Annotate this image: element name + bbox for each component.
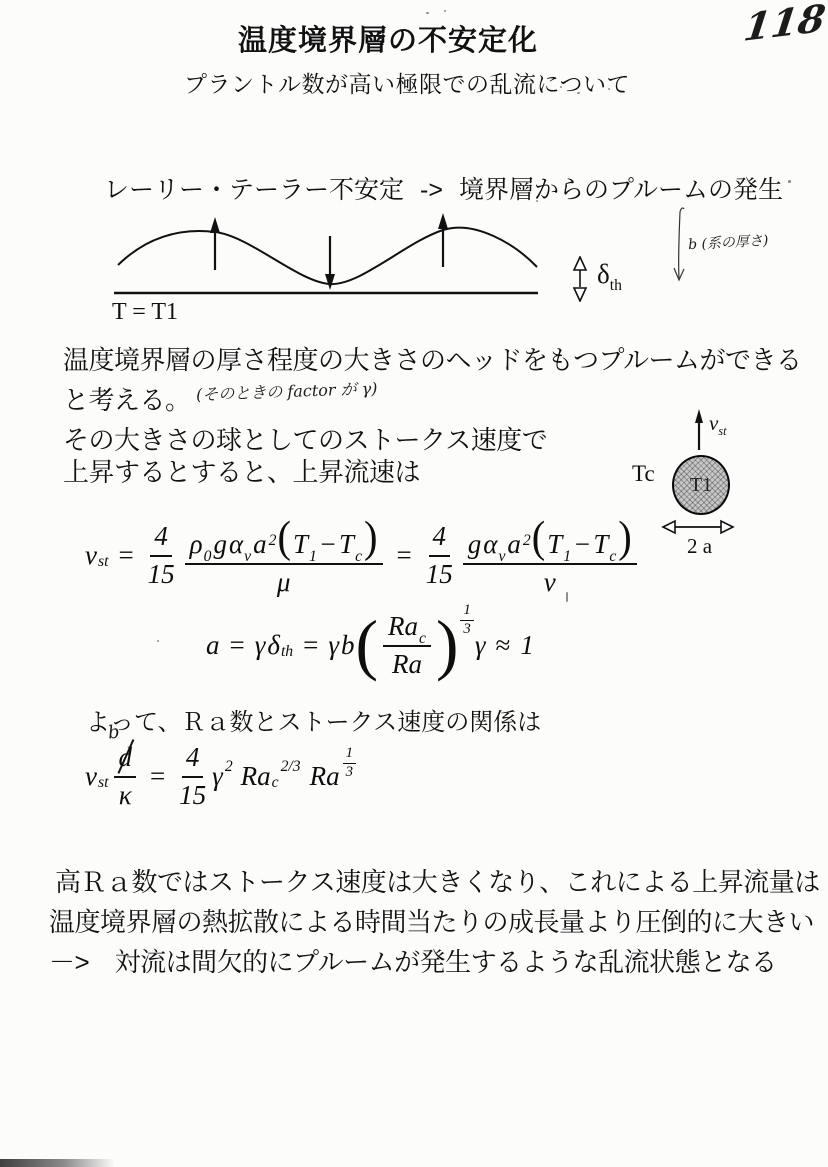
instability-left-text: レーリー・テーラー不安定 — [104, 176, 404, 204]
handwritten-depth-note: b (系の厚さ) — [688, 230, 769, 254]
stokes-velocity-arrow-icon — [691, 408, 707, 450]
body-line-4: 上昇するとすると、上昇流速は — [63, 452, 420, 489]
eq3-coefficient: 4 15 — [179, 742, 206, 811]
rayleigh-ratio-fraction: Rac Ra — [383, 611, 431, 680]
one-third-exponent: 1 3 — [460, 602, 473, 638]
handwritten-factor-note: (そのときの factor が γ) — [196, 376, 378, 405]
conclusion-line-3: －> 対流は間欠的にプルームが発生するような乱流状態となる — [49, 942, 820, 982]
page-number: 118 — [741, 0, 828, 50]
stokes-velocity-label: vst — [709, 411, 727, 436]
delta-subscript: th — [610, 277, 622, 294]
baseline-temperature-label: T = T1 — [112, 299, 178, 326]
wave-diagram-svg — [98, 212, 548, 306]
plume-up-arrow-icon — [210, 217, 220, 270]
conclusion-paragraph: 高Ｒａ数ではストークス速度は大きくなり、これによる上昇流量は 温度境界層の熱拡散… — [49, 862, 820, 982]
page-title: 温度境界層の不安定化 — [238, 18, 538, 59]
delta-symbol: δ — [597, 259, 610, 289]
diameter-label: 2 a — [687, 534, 712, 559]
velocity-var: v — [709, 411, 718, 435]
conclusion-line-2: 温度境界層の熱拡散による時間当たりの成長量より圧倒的に大きい — [49, 902, 820, 942]
ra-stokes-relation-equation: vst b d κ = 4 15 γ2 Rac2/3 Ra 1 3 — [84, 736, 356, 816]
eq1-lhs-sub: st — [98, 553, 108, 571]
eq1-coefficient-2: 4 15 — [426, 521, 453, 590]
velocity-subscript: st — [718, 424, 726, 438]
sphere-temperature-label: T1 — [690, 474, 712, 497]
wave-diagram — [98, 212, 548, 306]
eq1-fraction-1: ρ0 g αν a2 ( T1 − Tc ) μ — [185, 513, 383, 598]
plume-sphere: T1 — [672, 455, 730, 515]
eq1-coefficient: 4 15 — [148, 521, 175, 590]
relation-heading: よって、Ｒａ数とストークス速度の関係は — [86, 702, 541, 737]
plume-down-arrow-icon — [325, 236, 335, 290]
scanned-page: 118 温度境界層の不安定化 プラントル数が高い極限での乱流について レーリー・… — [0, 0, 828, 1167]
arrow-text: -> — [420, 176, 443, 204]
eq1-fraction-2: g αν a2 ( T1 − Tc ) ν — [463, 513, 637, 598]
body-line-2: と考える。 — [63, 380, 191, 417]
handwritten-depth-arrow-icon — [671, 206, 689, 290]
d-over-kappa-fraction: b d κ — [114, 742, 136, 811]
diameter-arrow-icon — [661, 519, 735, 535]
conclusion-line-1: 高Ｒａ数ではストークス速度は大きくなり、これによる上昇流量は — [55, 862, 820, 902]
stokes-velocity-equation: vst = 4 15 ρ0 g αν a2 ( T1 − Tc ) μ = 4 … — [84, 512, 642, 598]
struck-out-d: d — [118, 742, 132, 773]
scan-artifact-smudge — [0, 1159, 115, 1167]
gamma-approx: γ — [475, 630, 486, 661]
ambient-temperature-label: Tc — [632, 461, 655, 487]
instability-right-text: 境界層からのプルームの発生 — [459, 176, 783, 204]
one-third-exponent-2: 1 3 — [343, 745, 356, 781]
boundary-thickness-label: δth — [597, 259, 623, 290]
page-subtitle: プラントル数が高い極限での乱流について — [184, 66, 630, 99]
plume-up-arrow-icon-2 — [438, 213, 448, 267]
boundary-thickness-arrow-icon — [572, 256, 588, 302]
plume-radius-equation: a = γ δth = γ b ( Rac Ra ) 1 3 γ ≈ 1 — [205, 600, 535, 690]
body-line-1: 温度境界層の厚さ程度の大きさのヘッドをもつプルームができる — [63, 340, 801, 377]
eq1-lhs: v — [85, 540, 97, 571]
eq1-equals: = — [118, 540, 133, 571]
instability-heading: レーリー・テーラー不安定->境界層からのプルームの発生 — [104, 170, 783, 206]
eq1-equals-2: = — [397, 540, 412, 571]
